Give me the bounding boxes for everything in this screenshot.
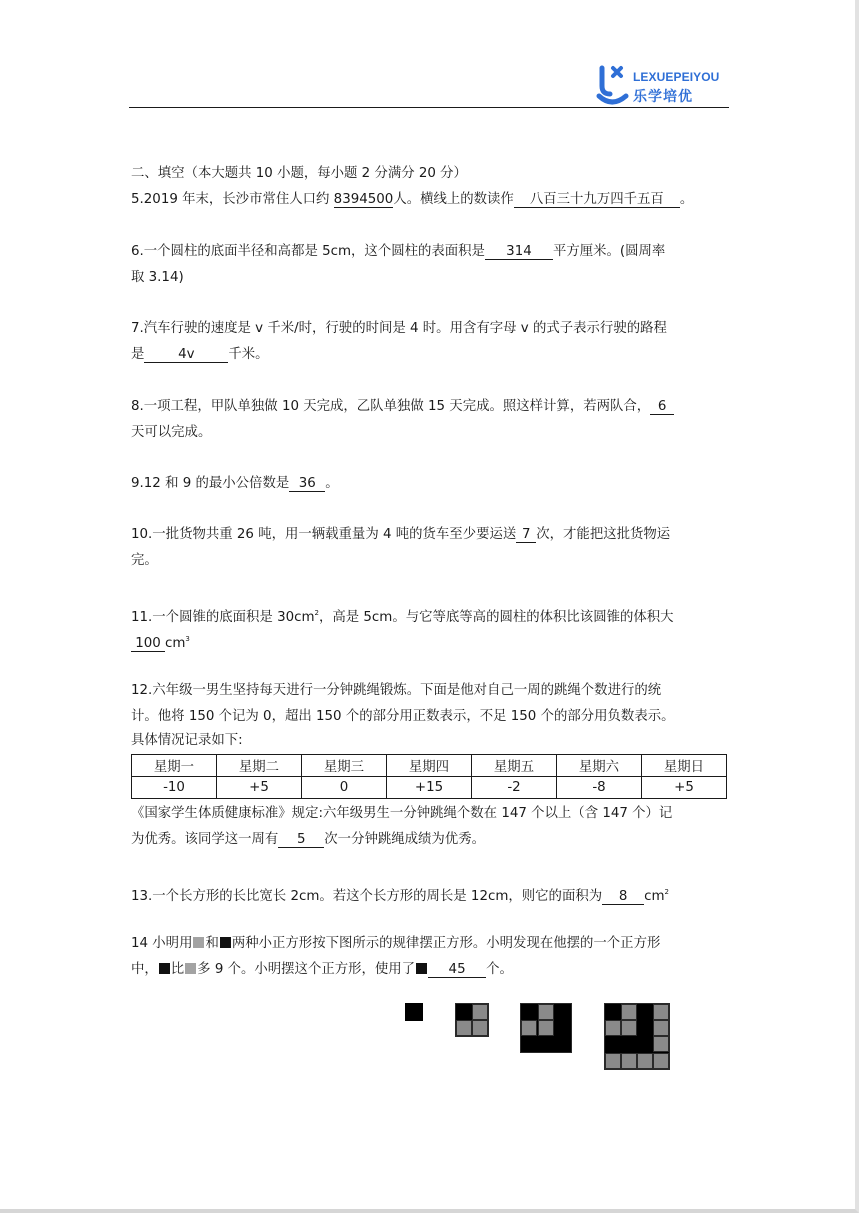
gray-square-icon [185,963,196,974]
q14-text-and: 和 [205,936,218,951]
q11-text: 11.一个圆锥的底面积是 30cm [131,610,315,625]
table-header-cell: 星期日 [642,755,727,777]
table-header-cell: 星期一 [132,755,217,777]
pattern-figure-4 [604,1003,670,1070]
question-14: 14 小明用和两种小正方形按下图所示的规律摆正方形。小明发现在他摆的一个正方形 [131,935,660,953]
black-square-icon [220,937,231,948]
q5-number: 8394500 [334,192,394,208]
q13-unit-superscript: 2 [665,888,669,896]
table-cell: -2 [472,777,557,799]
q12-answer: 5 [278,832,324,848]
question-12-line5: 为优秀。该同学这一周有5次一分钟跳绳成绩为优秀。 [131,831,485,849]
q9-answer: 36 [289,476,325,492]
question-12-line4: 《国家学生体质健康标准》规定:六年级男生一分钟跳绳个数在 147 个以上（含 1… [131,805,672,823]
table-header-cell: 星期二 [217,755,302,777]
table-cell: +5 [217,777,302,799]
q11-text-end: ，高是 5cm。与它等底等高的圆柱的体积比该圆锥的体积大 [319,610,674,625]
q10-answer: 7 [516,527,536,543]
question-9: 9.12 和 9 的最小公倍数是36。 [131,475,339,493]
table-header-cell: 星期六 [557,755,642,777]
brand-logo: LEXUEPEIYOU 乐学培优 [596,64,731,108]
question-7-line2: 是4v千米。 [131,346,269,364]
q13-text: 13.一个长方形的长比宽长 2cm。若这个长方形的周长是 12cm，则它的面积为 [131,889,602,904]
table-row: -10 +5 0 +15 -2 -8 +5 [132,777,727,799]
q10-text-end: 次，才能把这批货物运 [536,527,670,542]
q13-unit: cm [644,889,664,904]
header-divider [129,107,729,108]
table-cell: 0 [302,777,387,799]
table-cell: -8 [557,777,642,799]
logo-text-cn: 乐学培优 [633,86,693,106]
q6-text: 6.一个圆柱的底面半径和高都是 5cm，这个圆柱的表面积是 [131,244,485,259]
question-7: 7.汽车行驶的速度是 v 千米/时，行驶的时间是 4 时。用含有字母 v 的式子… [131,320,667,338]
logo-mark-icon [596,64,630,108]
q14-text-rest-2: 多 9 个。小明摆这个正方形，使用了 [197,962,415,977]
q11-unit-superscript: 3 [185,635,189,643]
question-8-line2: 天可以完成。 [131,424,211,442]
q12-text: 为优秀。该同学这一周有 [131,832,278,847]
table-header-cell: 星期五 [472,755,557,777]
question-6-line2: 取 3.14) [131,269,184,287]
question-6: 6.一个圆柱的底面半径和高都是 5cm，这个圆柱的表面积是314平方厘米。(圆周… [131,243,665,261]
q7-text-end: 千米。 [228,347,268,362]
q13-answer: 8 [602,889,644,905]
pattern-figure-2 [455,1003,489,1037]
table-header-cell: 星期四 [387,755,472,777]
q14-text: 14 小明用 [131,936,192,951]
black-square-icon [159,963,170,974]
table-cell: +5 [642,777,727,799]
q9-text: 9.12 和 9 的最小公倍数是 [131,476,289,491]
q8-answer: 6 [650,399,674,415]
q5-answer: 八百三十九万四千五百 [514,192,680,208]
q14-answer: 45 [428,962,486,978]
q8-text: 8.一项工程，甲队单独做 10 天完成，乙队单独做 15 天完成。照这样计算，若… [131,399,650,414]
q14-text-end: 个。 [486,962,513,977]
question-14-line2: 中，比多 9 个。小明摆这个正方形，使用了45个。 [131,961,513,979]
question-5: 5.2019 年末，长沙市常住人口约 8394500人。横线上的数读作八百三十九… [131,191,693,209]
q7-text: 是 [131,347,144,362]
question-11-line2: 100cm3 [131,630,190,653]
q5-text-end: 。 [680,192,693,207]
pattern-figure-3 [520,1003,572,1053]
pattern-figure-1 [405,1003,423,1021]
q12-text-end: 次一分钟跳绳成绩为优秀。 [324,832,485,847]
q10-text: 10.一批货物共重 26 吨，用一辆载重量为 4 吨的货车至少要运送 [131,527,516,542]
q5-text: 5.2019 年末，长沙市常住人口约 [131,192,334,207]
question-12: 12.六年级一男生坚持每天进行一分钟跳绳锻炼。下面是他对自己一周的跳绳个数进行的… [131,682,661,700]
gray-square-icon [193,937,204,948]
question-10-line2: 完。 [131,552,158,570]
document-page: LEXUEPEIYOU 乐学培优 二、填空（本大题共 10 小题，每小题 2 分… [0,0,859,1213]
question-12-line2: 计。他将 150 个记为 0，超出 150 个的部分用正数表示，不足 150 个… [131,708,675,726]
question-11: 11.一个圆锥的底面积是 30cm2，高是 5cm。与它等底等高的圆柱的体积比该… [131,604,674,627]
question-8: 8.一项工程，甲队单独做 10 天完成，乙队单独做 15 天完成。照这样计算，若… [131,398,674,416]
section-title: 二、填空（本大题共 10 小题，每小题 2 分满分 20 分） [131,165,467,183]
table-header-cell: 星期三 [302,755,387,777]
question-13: 13.一个长方形的长比宽长 2cm。若这个长方形的周长是 12cm，则它的面积为… [131,883,669,906]
table-cell: -10 [132,777,217,799]
q11-answer: 100 [131,636,165,652]
q6-text-end: 平方厘米。(圆周率 [553,244,665,259]
jump-rope-table: 星期一 星期二 星期三 星期四 星期五 星期六 星期日 -10 +5 0 +15… [131,754,727,799]
q11-unit: cm [165,636,185,651]
q9-text-end: 。 [325,476,338,491]
table-cell: +15 [387,777,472,799]
question-12-line3: 具体情况记录如下: [131,732,243,750]
q14-text-2: 中， [131,962,158,977]
logo-text-en: LEXUEPEIYOU [633,70,719,84]
black-square-icon [416,963,427,974]
q6-answer: 314 [485,244,553,260]
question-10: 10.一批货物共重 26 吨，用一辆载重量为 4 吨的货车至少要运送7次，才能把… [131,526,670,544]
q14-text-than: 比 [171,962,184,977]
q5-text-mid: 人。横线上的数读作 [393,192,514,207]
q7-answer: 4v [144,347,228,363]
q14-text-rest: 两种小正方形按下图所示的规律摆正方形。小明发现在他摆的一个正方形 [232,936,661,951]
table-header-row: 星期一 星期二 星期三 星期四 星期五 星期六 星期日 [132,755,727,777]
